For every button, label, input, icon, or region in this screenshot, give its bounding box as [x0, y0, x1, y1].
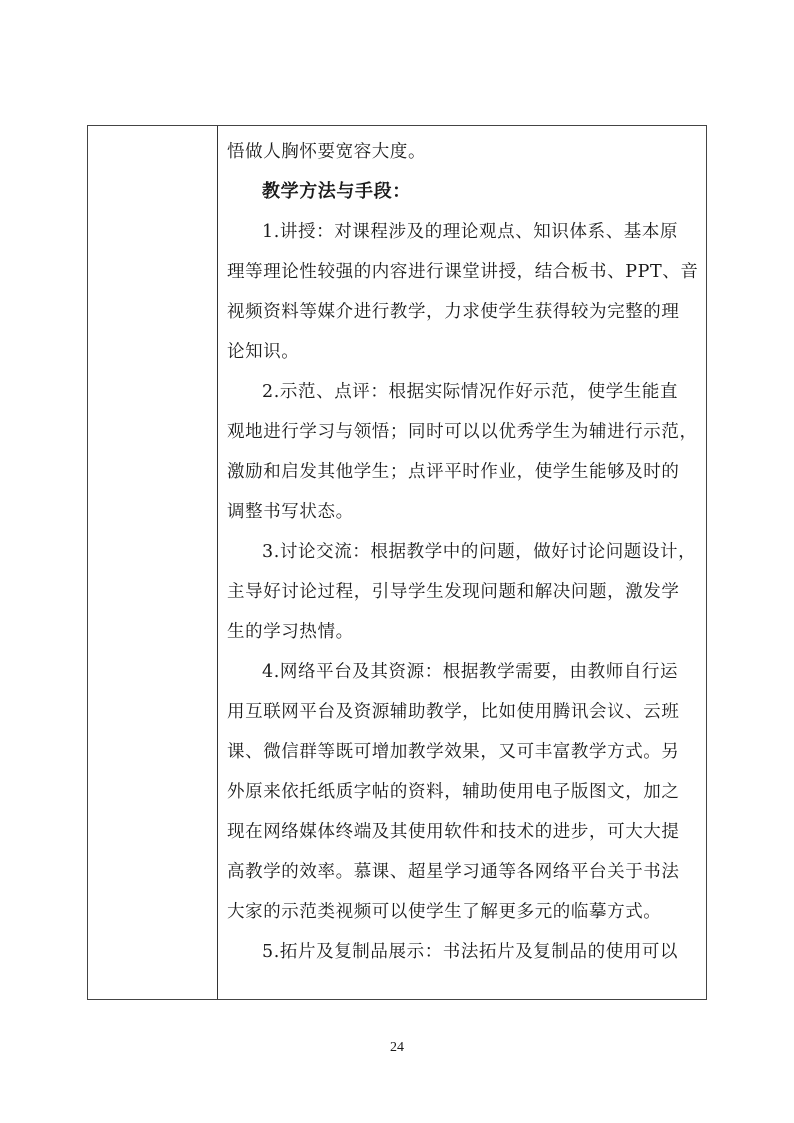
paragraph-start: 5.拓片及复制品展示：书法拓片及复制品的使用可以 [227, 932, 700, 972]
content-table: 悟做人胸怀要宽容大度。 教学方法与手段： 1.讲授：对课程涉及的理论观点、知识体… [87, 125, 707, 1000]
paragraph-start: 2.示范、点评：根据实际情况作好示范，使学生能直 [227, 372, 700, 412]
text-line: 视频资料等媒介进行教学，力求使学生获得较为完整的理 [227, 292, 700, 332]
text-line: 大家的示范类视频可以使学生了解更多元的临摹方式。 [227, 892, 700, 932]
table-left-cell [88, 126, 218, 999]
text-line: 悟做人胸怀要宽容大度。 [227, 132, 700, 172]
section-heading: 教学方法与手段： [227, 172, 700, 212]
paragraph-start: 3.讨论交流：根据教学中的问题，做好讨论问题设计， [227, 532, 700, 572]
text-line: 高教学的效率。慕课、超星学习通等各网络平台关于书法 [227, 852, 700, 892]
text-line: 用互联网平台及资源辅助教学，比如使用腾讯会议、云班 [227, 692, 700, 732]
page-number: 24 [0, 1040, 794, 1056]
text-line: 主导好讨论过程，引导学生发现问题和解决问题，激发学 [227, 572, 700, 612]
table-right-cell: 悟做人胸怀要宽容大度。 教学方法与手段： 1.讲授：对课程涉及的理论观点、知识体… [218, 126, 706, 999]
text-line: 观地进行学习与领悟；同时可以以优秀学生为辅进行示范， [227, 412, 700, 452]
text-line: 外原来依托纸质字帖的资料，辅助使用电子版图文，加之 [227, 772, 700, 812]
paragraph-start: 1.讲授：对课程涉及的理论观点、知识体系、基本原 [227, 212, 700, 252]
text-line: 调整书写状态。 [227, 492, 700, 532]
text-line: 现在网络媒体终端及其使用软件和技术的进步，可大大提 [227, 812, 700, 852]
text-line: 课、微信群等既可增加教学效果，又可丰富教学方式。另 [227, 732, 700, 772]
text-line: 生的学习热情。 [227, 612, 700, 652]
text-line: 激励和启发其他学生；点评平时作业，使学生能够及时的 [227, 452, 700, 492]
text-line: 论知识。 [227, 332, 700, 372]
text-line: 理等理论性较强的内容进行课堂讲授，结合板书、PPT、音 [227, 252, 700, 292]
paragraph-start: 4.网络平台及其资源：根据教学需要，由教师自行运 [227, 652, 700, 692]
